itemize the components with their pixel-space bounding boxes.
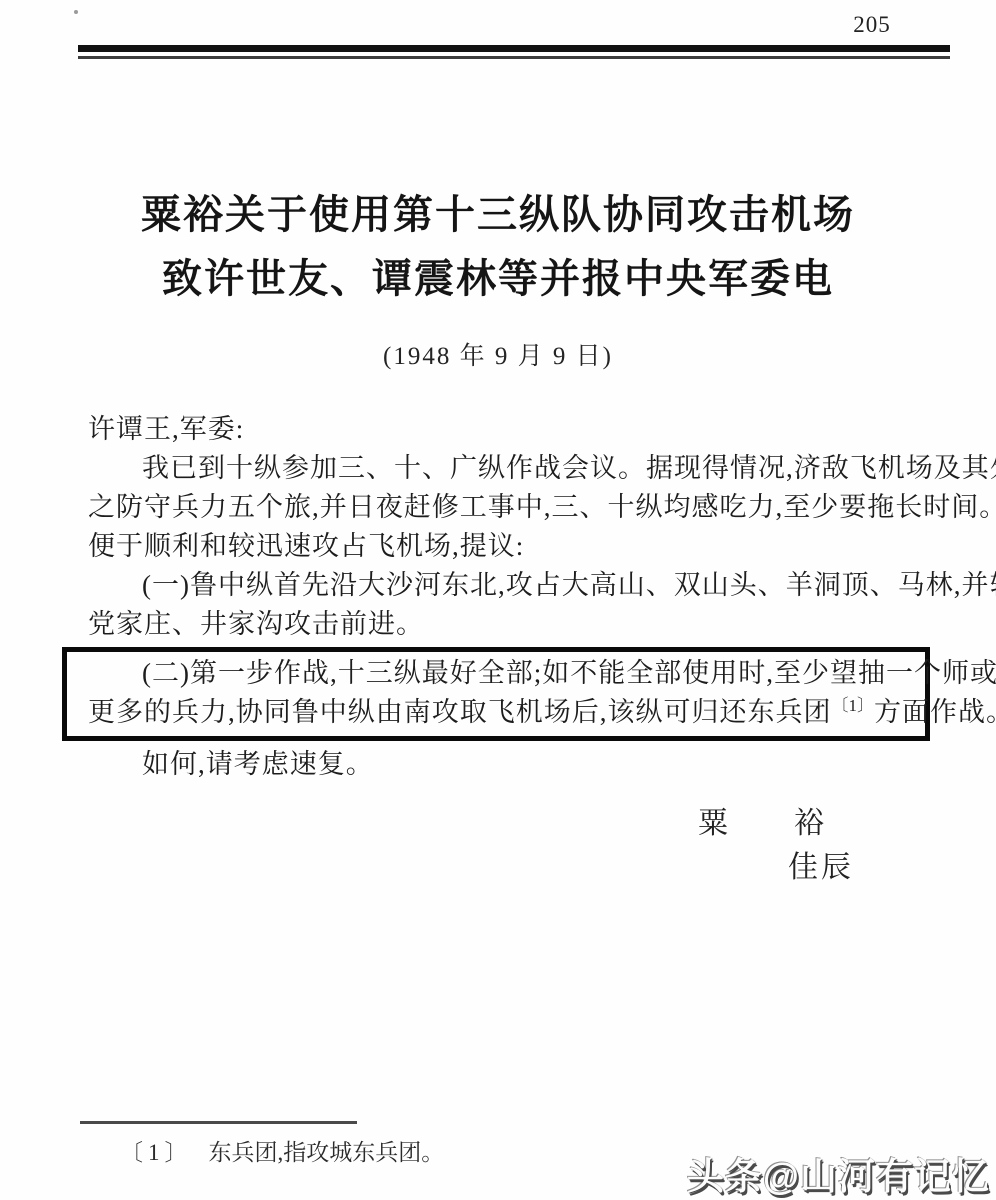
footnote-divider [80, 1121, 357, 1124]
footnote-marker: 〔1〕 [120, 1140, 193, 1165]
body-line: 之防守兵力五个旅,并日夜赶修工事中,三、十纵均感吃力,至少要拖长时间。为 [88, 488, 912, 527]
footnote-reference-mark: 〔1〕 [832, 696, 875, 715]
watermark-text: 头条@山河有记忆 [687, 1146, 990, 1200]
document-body: 许谭王,军委: 我已到十纵参加三、十、广纵作战会议。据现得情况,济敌飞机场及其外… [88, 410, 912, 784]
highlight-line2: 更多的兵力,协同鲁中纵由南攻取飞机场后,该纵可归还东兵团〔1〕方面作战。 [88, 693, 912, 732]
footnote: 〔1〕东兵团,指攻城东兵团。 [120, 1134, 444, 1167]
document-title-line1: 粟裕关于使用第十三纵队协同攻击机场 [0, 183, 996, 240]
footnote-text: 东兵团,指攻城东兵团。 [209, 1140, 445, 1165]
signature-name: 粟 裕 [698, 798, 826, 842]
scan-artifact [74, 10, 78, 14]
body-line-item1: (一)鲁中纵首先沿大沙河东北,攻占大高山、双山头、羊洞顶、马林,并转向 [88, 566, 912, 605]
body-line: 便于顺利和较迅速攻占飞机场,提议: [88, 527, 912, 566]
header-rule-thin [78, 56, 950, 59]
page-number: 205 [840, 12, 904, 38]
document-title-line2: 致许世友、谭震林等并报中央军委电 [0, 247, 996, 304]
body-line: 我已到十纵参加三、十、广纵作战会议。据现得情况,济敌飞机场及其外围 [88, 449, 912, 488]
scanned-document-page: 205 粟裕关于使用第十三纵队协同攻击机场 致许世友、谭震林等并报中央军委电 (… [0, 0, 996, 1200]
signature-date: 佳辰 [788, 842, 854, 886]
highlight-line2-text: 方面作战。 [874, 697, 996, 727]
document-date: (1948 年 9 月 9 日) [0, 336, 996, 372]
header-rule-thick [78, 45, 950, 52]
salutation-line: 许谭王,军委: [88, 410, 912, 449]
closing-line: 如何,请考虑速复。 [88, 745, 912, 784]
highlight-box: (二)第一步作战,十三纵最好全部;如不能全部使用时,至少望抽一个师或 更多的兵力… [62, 647, 930, 741]
highlight-line2-text: 更多的兵力,协同鲁中纵由南攻取飞机场后,该纵可归还东兵团 [88, 697, 832, 727]
highlight-line1: (二)第一步作战,十三纵最好全部;如不能全部使用时,至少望抽一个师或 [88, 654, 912, 693]
body-line-item1: 党家庄、井家沟攻击前进。 [88, 605, 912, 644]
